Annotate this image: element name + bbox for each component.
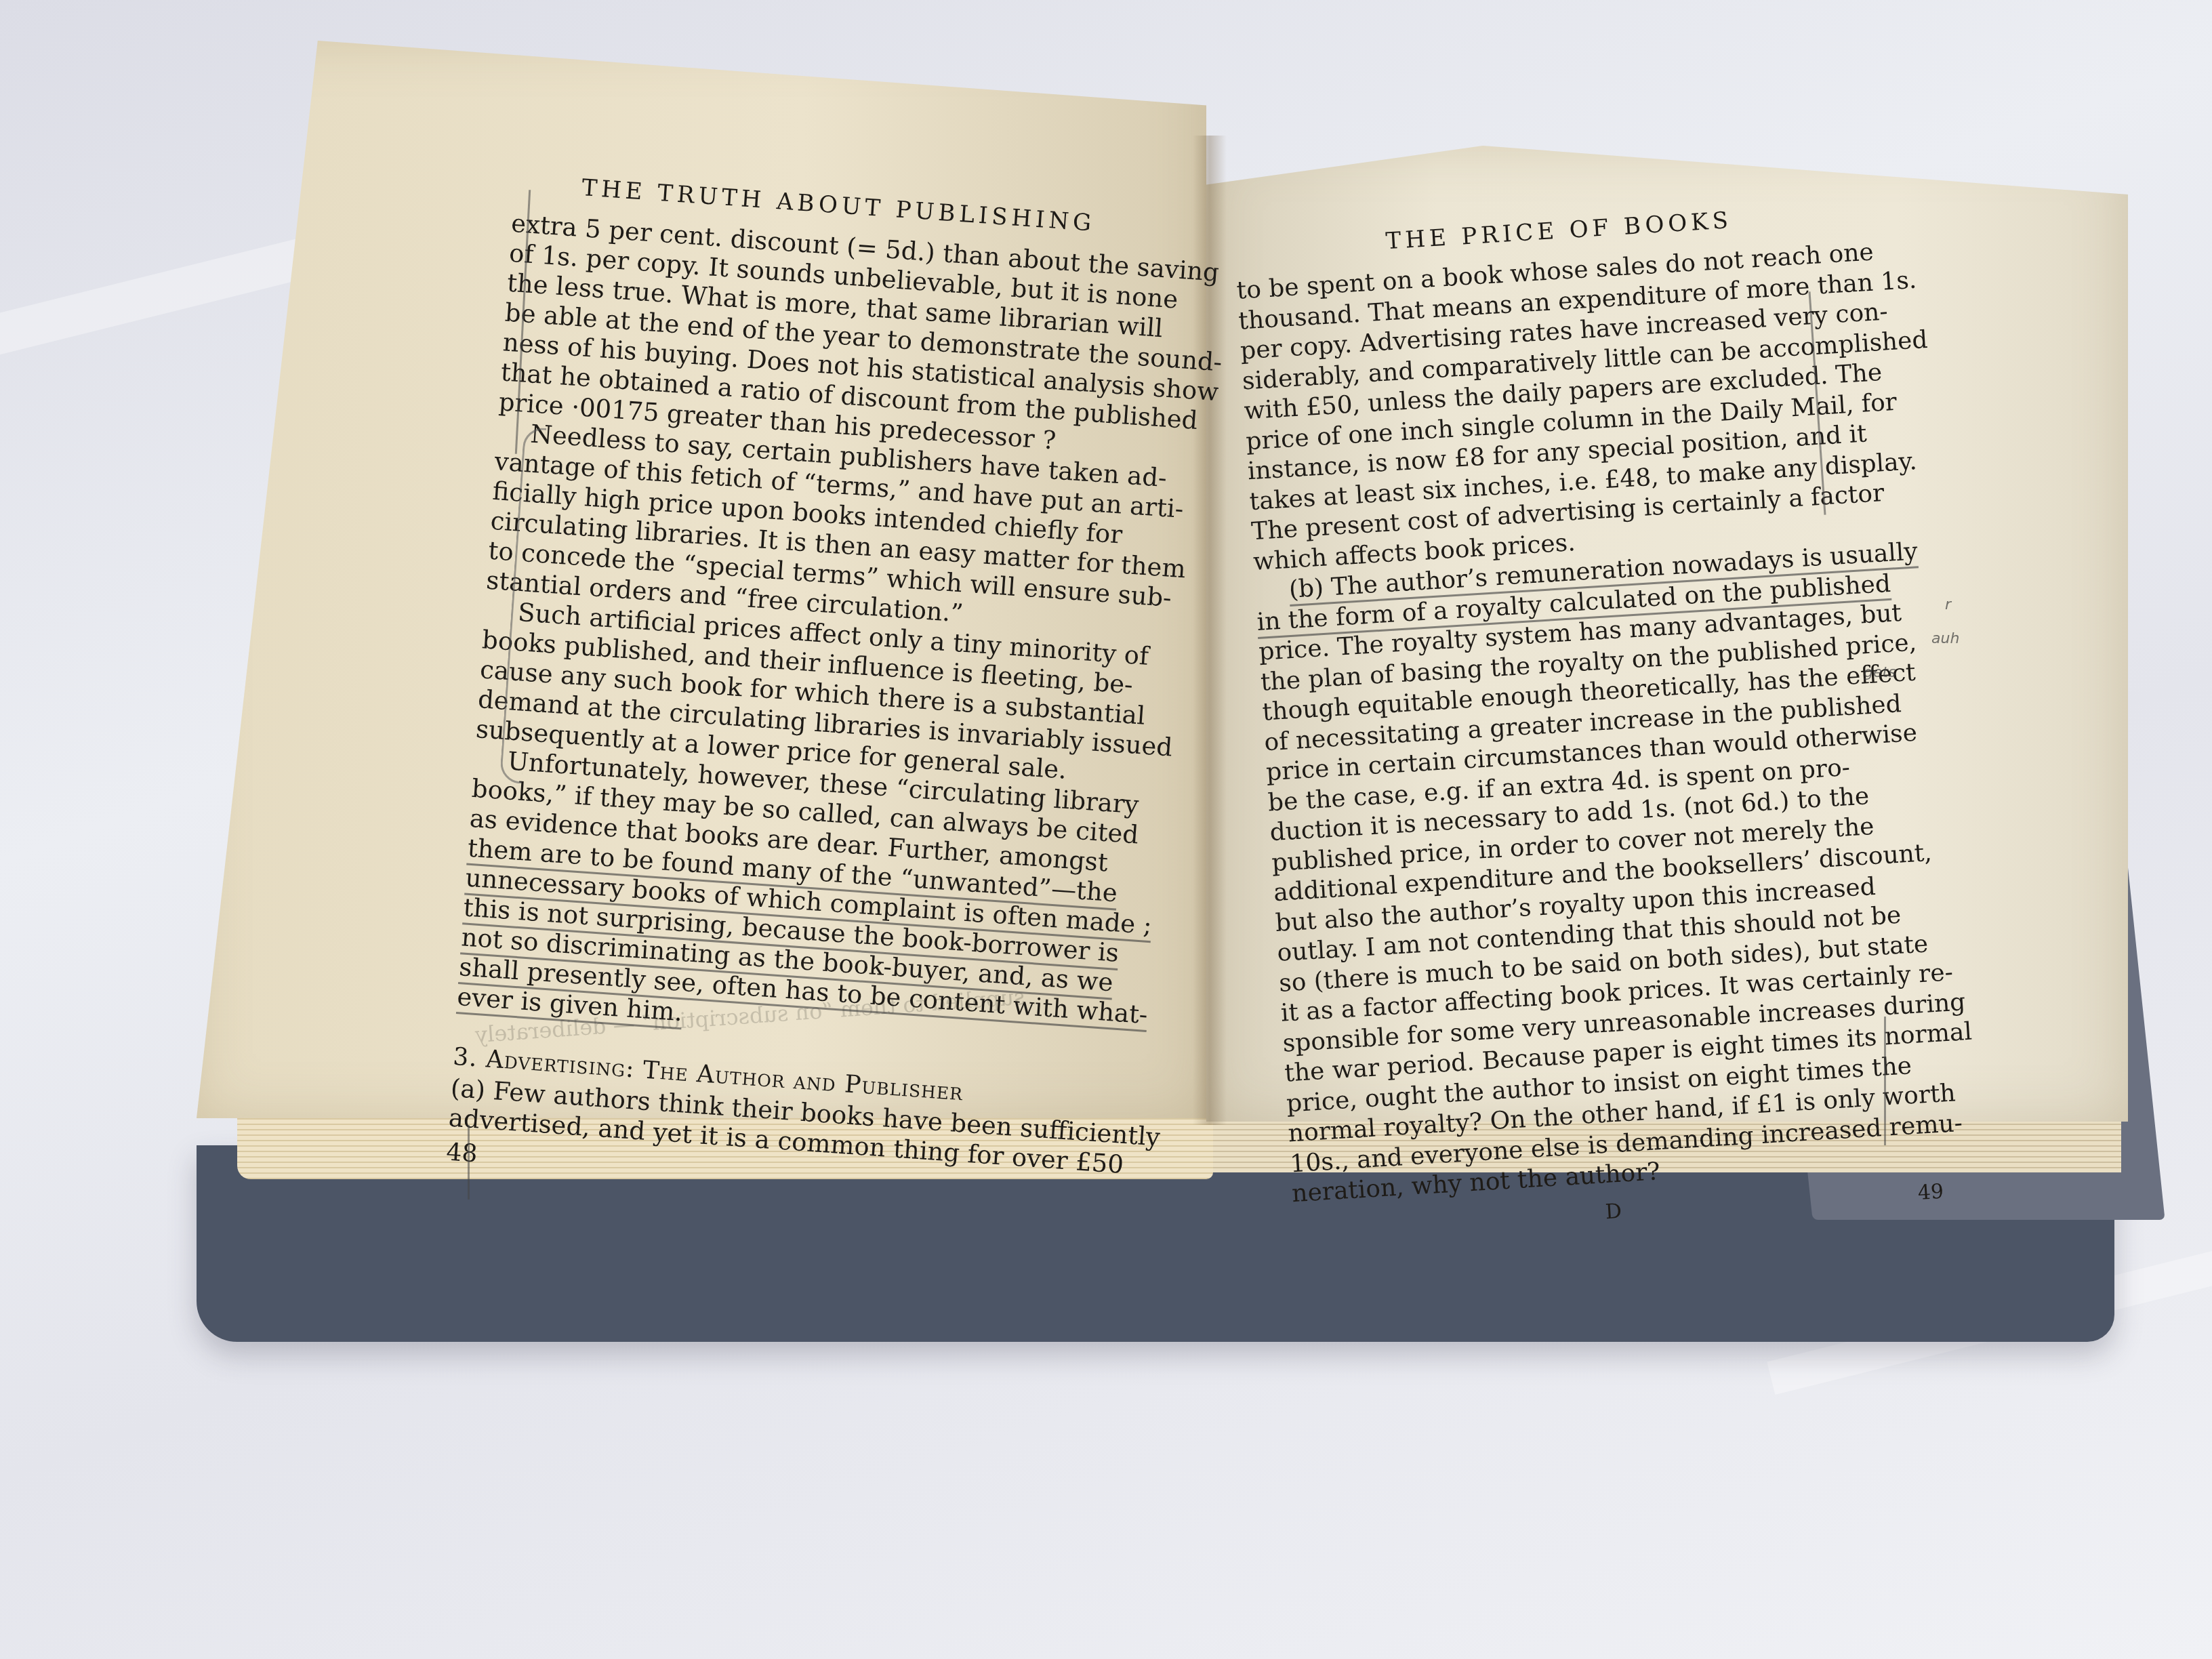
margin-note: r (1945, 596, 1951, 613)
page-number: 49 (1917, 1179, 1944, 1204)
margin-note: gets (1864, 664, 1896, 681)
right-page-text: THE PRICE OF BOOKS to be spent on a book… (1233, 197, 1944, 1242)
margin-note: auh (1931, 630, 1959, 647)
signature-mark: D (1605, 1199, 1622, 1223)
left-page-text: THE TRUTH ABOUT PUBLISHING extra 5 per c… (445, 169, 1164, 1211)
pencil-margin-line (1884, 1017, 1886, 1145)
pencil-margin-line (468, 1125, 470, 1200)
